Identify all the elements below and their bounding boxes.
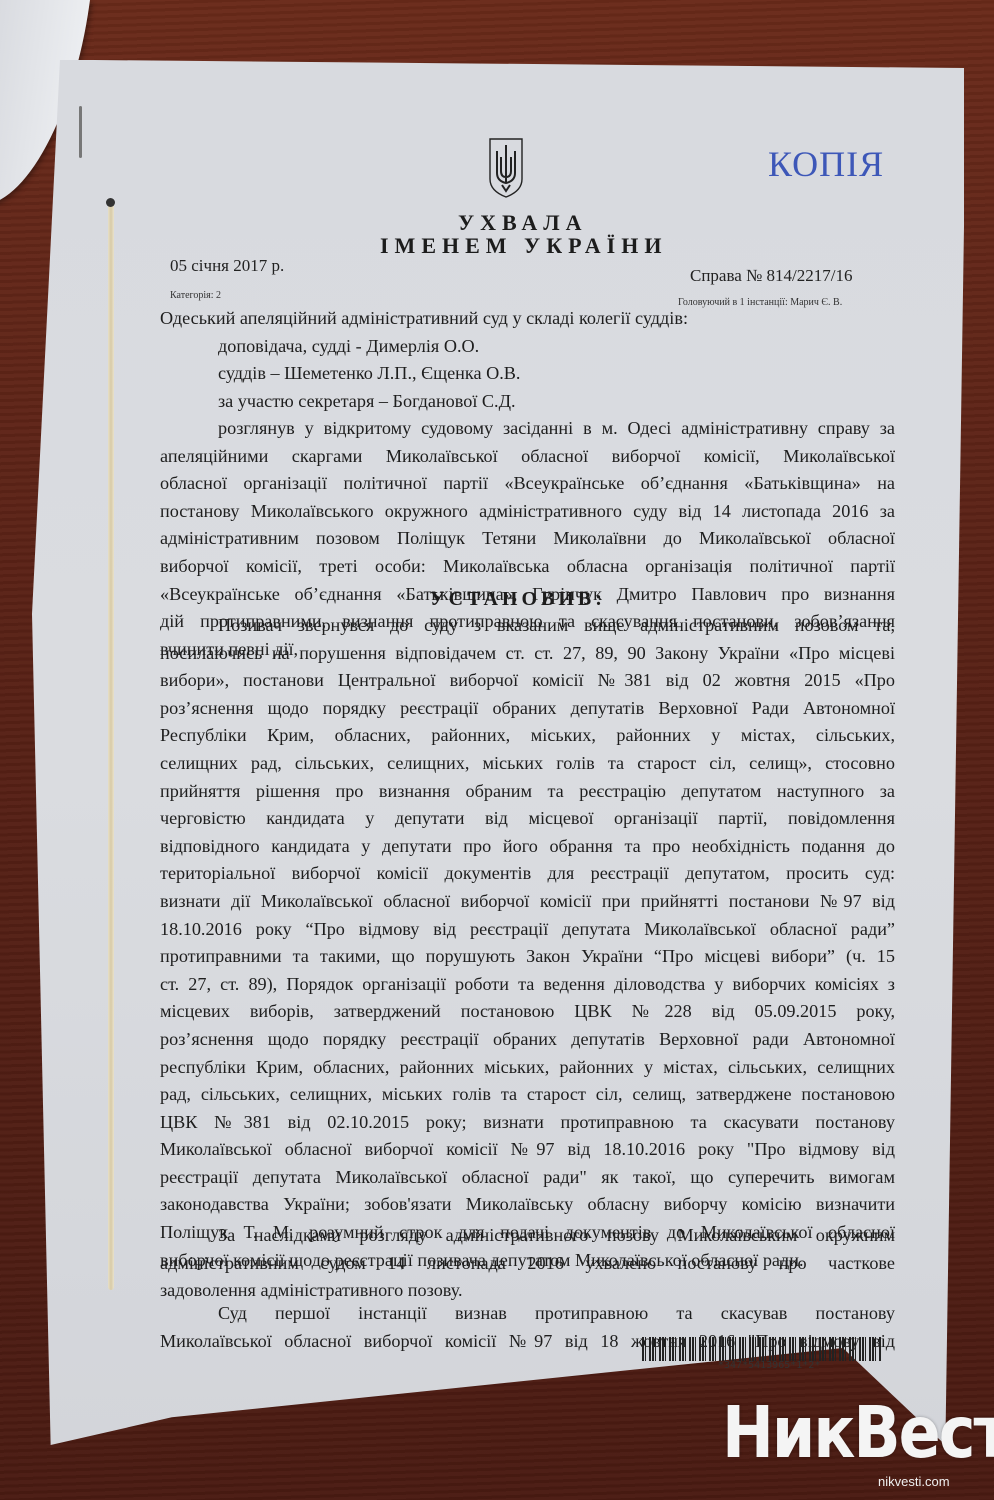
text-line: рад, сільських, селищних, міських голів …: [160, 1081, 895, 1109]
text-line: ст. 27, ст. 89), Порядок організації роб…: [160, 971, 895, 999]
text-line: обласної організації політичної партії «…: [160, 470, 895, 498]
text-line: законодавства України; зобов'язати Микол…: [160, 1191, 895, 1219]
document-subtitle: ІМЕНЕМ УКРАЇНИ: [380, 233, 667, 259]
section-heading: УСТАНОВИВ:: [430, 588, 606, 611]
text-line: адміністративним судом 14 листопада 2016…: [160, 1250, 895, 1278]
text-line: Миколаївської обласної виборчої комісії …: [160, 1136, 895, 1164]
text-line: адміністративним позовом Поліщук Тетяни …: [160, 525, 895, 553]
text-line: реєстрації депутата Миколаївської обласн…: [160, 1164, 895, 1192]
text-line: За наслідками розгляду адміністративного…: [160, 1222, 895, 1250]
watermark-logo: НикВести: [722, 1391, 994, 1475]
text-line: республіки Крим, обласних, районних місь…: [160, 1054, 895, 1082]
composition-line: Одеський апеляційний адміністративний су…: [160, 305, 895, 333]
text-line: селищних рад, сільських, селищних, міськ…: [160, 750, 895, 778]
category-label: Категорія: 2: [170, 290, 221, 301]
text-line: постанову Миколаївського окружного адмін…: [160, 498, 895, 526]
text-line: протиправними та такими, що порушують За…: [160, 943, 895, 971]
court-composition: Одеський апеляційний адміністративний су…: [160, 305, 895, 415]
result-paragraph: За наслідками розгляду адміністративного…: [160, 1222, 895, 1305]
matchstick-head: [106, 198, 115, 207]
text-line: вибори», постанови Центральної виборчої …: [160, 667, 895, 695]
watermark-url: nikvesti.com: [878, 1474, 950, 1489]
copy-stamp: КОПІЯ: [768, 143, 884, 185]
matchstick: [108, 200, 114, 1290]
document-date: 05 січня 2017 р.: [170, 256, 284, 276]
composition-line: за участю секретаря – Богданової С.Д.: [160, 388, 895, 416]
staple: [79, 106, 82, 158]
text-line: виборчої комісії, треті особи: Миколаївс…: [160, 553, 895, 581]
composition-line: доповідача, судді - Димерлія О.О.: [160, 333, 895, 361]
text-line: 18.10.2016 року “Про відмову від реєстра…: [160, 916, 895, 944]
text-line: Позивач звернувся до суду з вказаним вищ…: [160, 612, 895, 640]
text-line: посилаючись на порушення відповідачем ст…: [160, 640, 895, 668]
composition-line: суддів – Шеметенко Л.П., Єщенка О.В.: [160, 360, 895, 388]
text-line: прийняття рішення про визнання обраним т…: [160, 778, 895, 806]
barcode: [642, 1337, 882, 1361]
barcode-number: *347*5413965*1*2*: [718, 1360, 820, 1371]
text-line: місцевих виборів, затверджений постаново…: [160, 998, 895, 1026]
text-line: роз’яснення щодо порядку реєстрації обра…: [160, 695, 895, 723]
coat-of-arms-icon: [487, 137, 525, 199]
text-line: визнати дії Миколаївської обласної вибор…: [160, 888, 895, 916]
text-line: ЦВК №381 від 02.10.2015 року; визнати пр…: [160, 1109, 895, 1137]
case-number: Справа № 814/2217/16: [690, 266, 853, 286]
text-line: Суд першої інстанції визнав протиправною…: [160, 1300, 895, 1328]
text-line: розглянув у відкритому судовому засіданн…: [160, 415, 895, 443]
text-line: черговістю кандидата у депутати від місц…: [160, 805, 895, 833]
text-line: Республіки Крим, обласних, районних, міс…: [160, 722, 895, 750]
text-line: відповідного кандидата у депутати про йо…: [160, 833, 895, 861]
text-line: територіальної виборчої комісії документ…: [160, 860, 895, 888]
claims-paragraph: Позивач звернувся до суду з вказаним вищ…: [160, 612, 895, 1274]
text-line: роз’яснення щодо порядку реєстрації обра…: [160, 1026, 895, 1054]
text-line: апеляційними скаргами Миколаївської обла…: [160, 443, 895, 471]
